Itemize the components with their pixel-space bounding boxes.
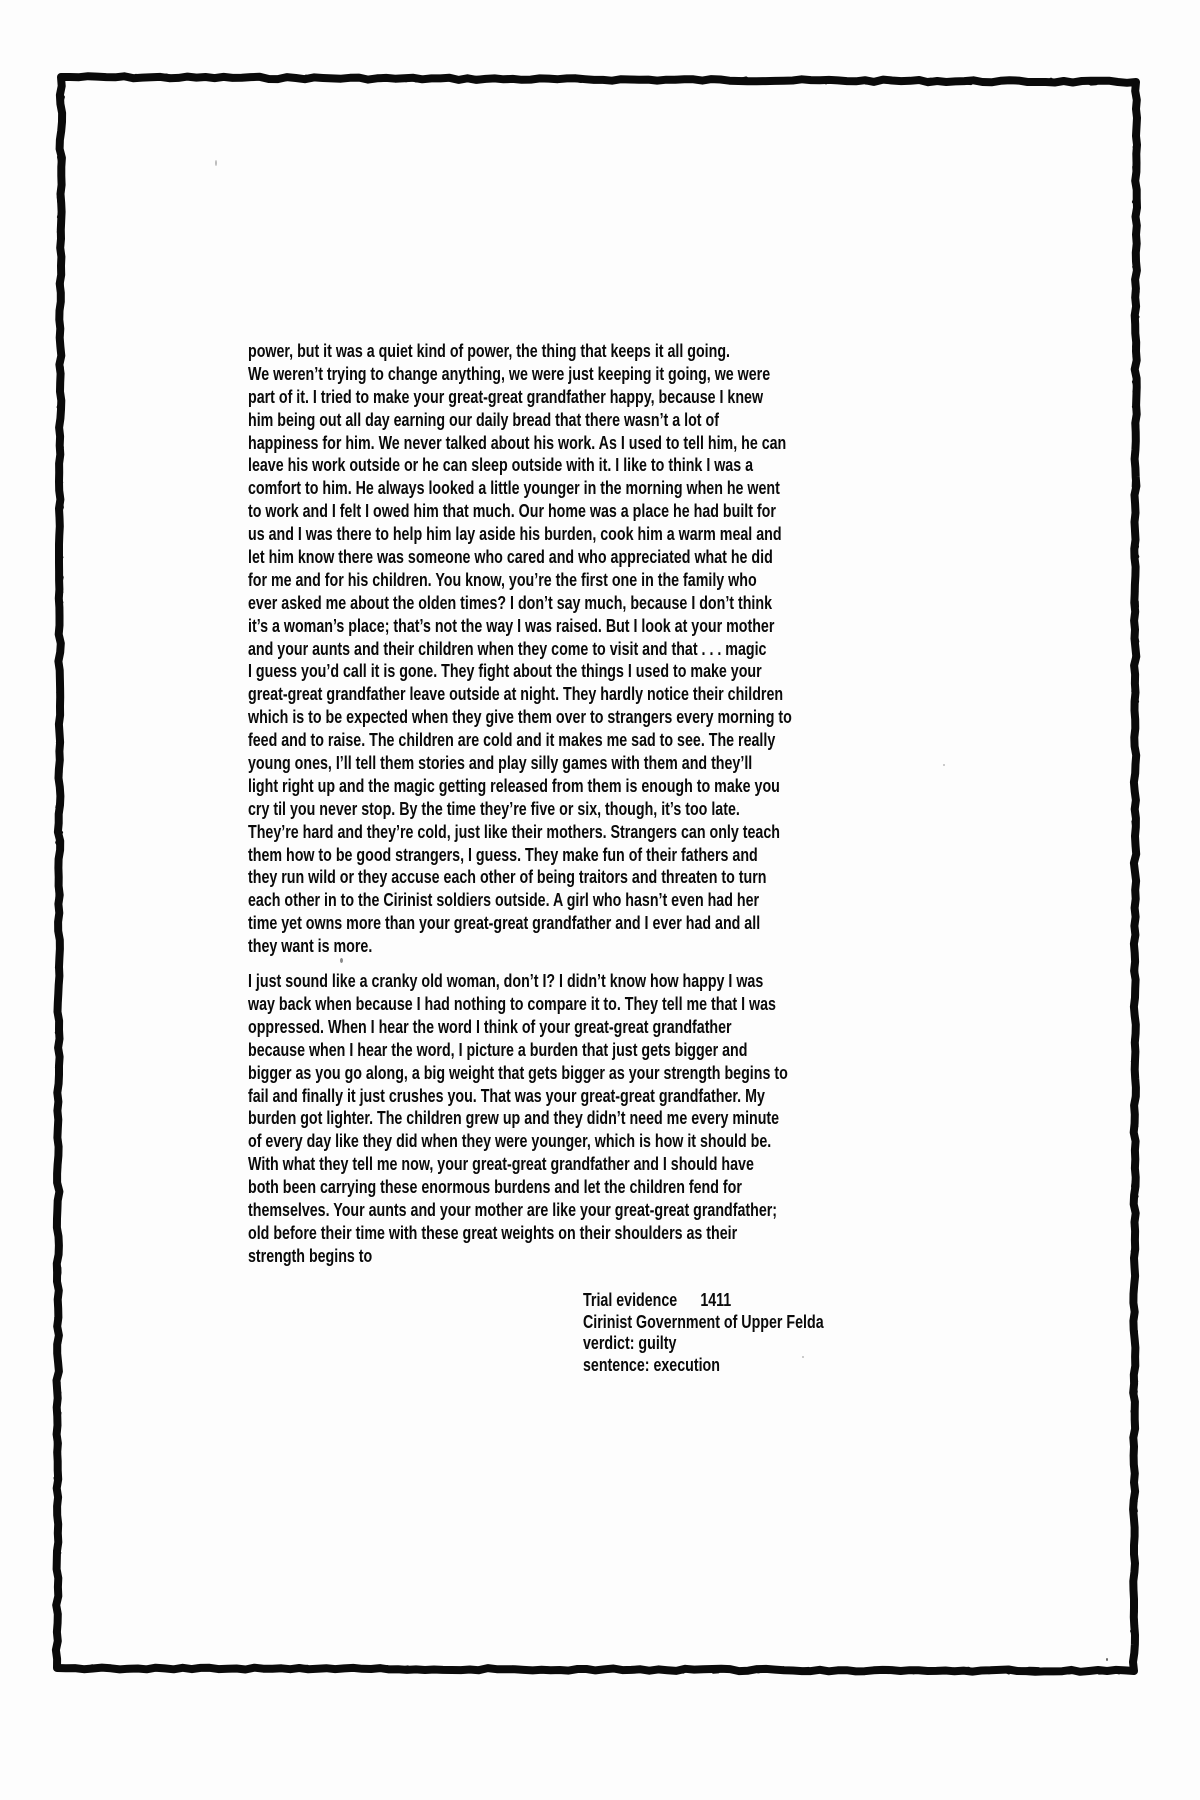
text-line: it’s a woman’s place; that’s not the way… [248,615,941,638]
text-line: time yet owns more than your great-great… [248,912,941,935]
text-line: themselves. Your aunts and your mother a… [248,1199,941,1222]
text-line: burden got lighter. The children grew up… [248,1107,941,1130]
text-line: great-great grandfather leave outside at… [248,683,941,706]
text-line: for me and for his children. You know, y… [248,569,941,592]
text-line: us and I was there to help him lay aside… [248,523,941,546]
text-line: both been carrying these enormous burden… [248,1176,941,1199]
text-line: they want is more. [248,935,941,958]
text-line: happiness for him. We never talked about… [248,432,941,455]
text-line: power, but it was a quiet kind of power,… [248,340,941,363]
text-line: They’re hard and they’re cold, just like… [248,821,941,844]
text-line: I guess you’d call it is gone. They figh… [248,660,941,683]
text-line: cry til you never stop. By the time they… [248,798,941,821]
text-line: each other in to the Cirinist soldiers o… [248,889,941,912]
text-line: fail and finally it just crushes you. Th… [248,1085,941,1108]
evidence-label: Trial evidence [583,1289,677,1310]
trial-evidence-block: Trial evidence1411 Cirinist Government o… [583,1289,824,1375]
text-line: I just sound like a cranky old woman, do… [248,970,941,993]
paper-speck [1106,1658,1108,1661]
text-line: which is to be expected when they give t… [248,706,941,729]
evidence-title-line: Trial evidence1411 [583,1289,824,1311]
text-line: ever asked me about the olden times? I d… [248,592,941,615]
text-line: they run wild or they accuse each other … [248,866,941,889]
text-line: old before their time with these great w… [248,1222,941,1245]
text-line: young ones, I’ll tell them stories and p… [248,752,941,775]
paper-speck [943,764,945,766]
evidence-number: 1411 [700,1289,731,1310]
text-line: feed and to raise. The children are cold… [248,729,941,752]
text-line: comfort to him. He always looked a littl… [248,477,941,500]
text-line: to work and I felt I owed him that much.… [248,500,941,523]
text-line: him being out all day earning our daily … [248,409,941,432]
text-line: oppressed. When I hear the word I think … [248,1016,941,1039]
paper-speck [340,958,343,963]
text-line: bigger as you go along, a big weight tha… [248,1062,941,1085]
paper-speck [215,160,217,166]
paragraph: power, but it was a quiet kind of power,… [248,340,941,958]
text-line: We weren’t trying to change anything, we… [248,363,941,386]
text-line: them how to be good strangers, I guess. … [248,844,941,867]
testimony-text: power, but it was a quiet kind of power,… [248,340,941,1268]
text-line: and your aunts and their children when t… [248,638,941,661]
text-line: With what they tell me now, your great-g… [248,1153,941,1176]
evidence-verdict: verdict: guilty [583,1332,824,1354]
text-line: of every day like they did when they wer… [248,1130,941,1153]
text-line: let him know there was someone who cared… [248,546,941,569]
paragraph: I just sound like a cranky old woman, do… [248,970,941,1268]
text-line: because when I hear the word, I picture … [248,1039,941,1062]
text-line: way back when because I had nothing to c… [248,993,941,1016]
text-line: light right up and the magic getting rel… [248,775,941,798]
paper-speck [802,1356,804,1358]
text-line: strength begins to [248,1245,941,1268]
text-line: leave his work outside or he can sleep o… [248,454,941,477]
text-line: part of it. I tried to make your great-g… [248,386,941,409]
evidence-sentence: sentence: execution [583,1354,824,1376]
evidence-government: Cirinist Government of Upper Felda [583,1311,824,1333]
